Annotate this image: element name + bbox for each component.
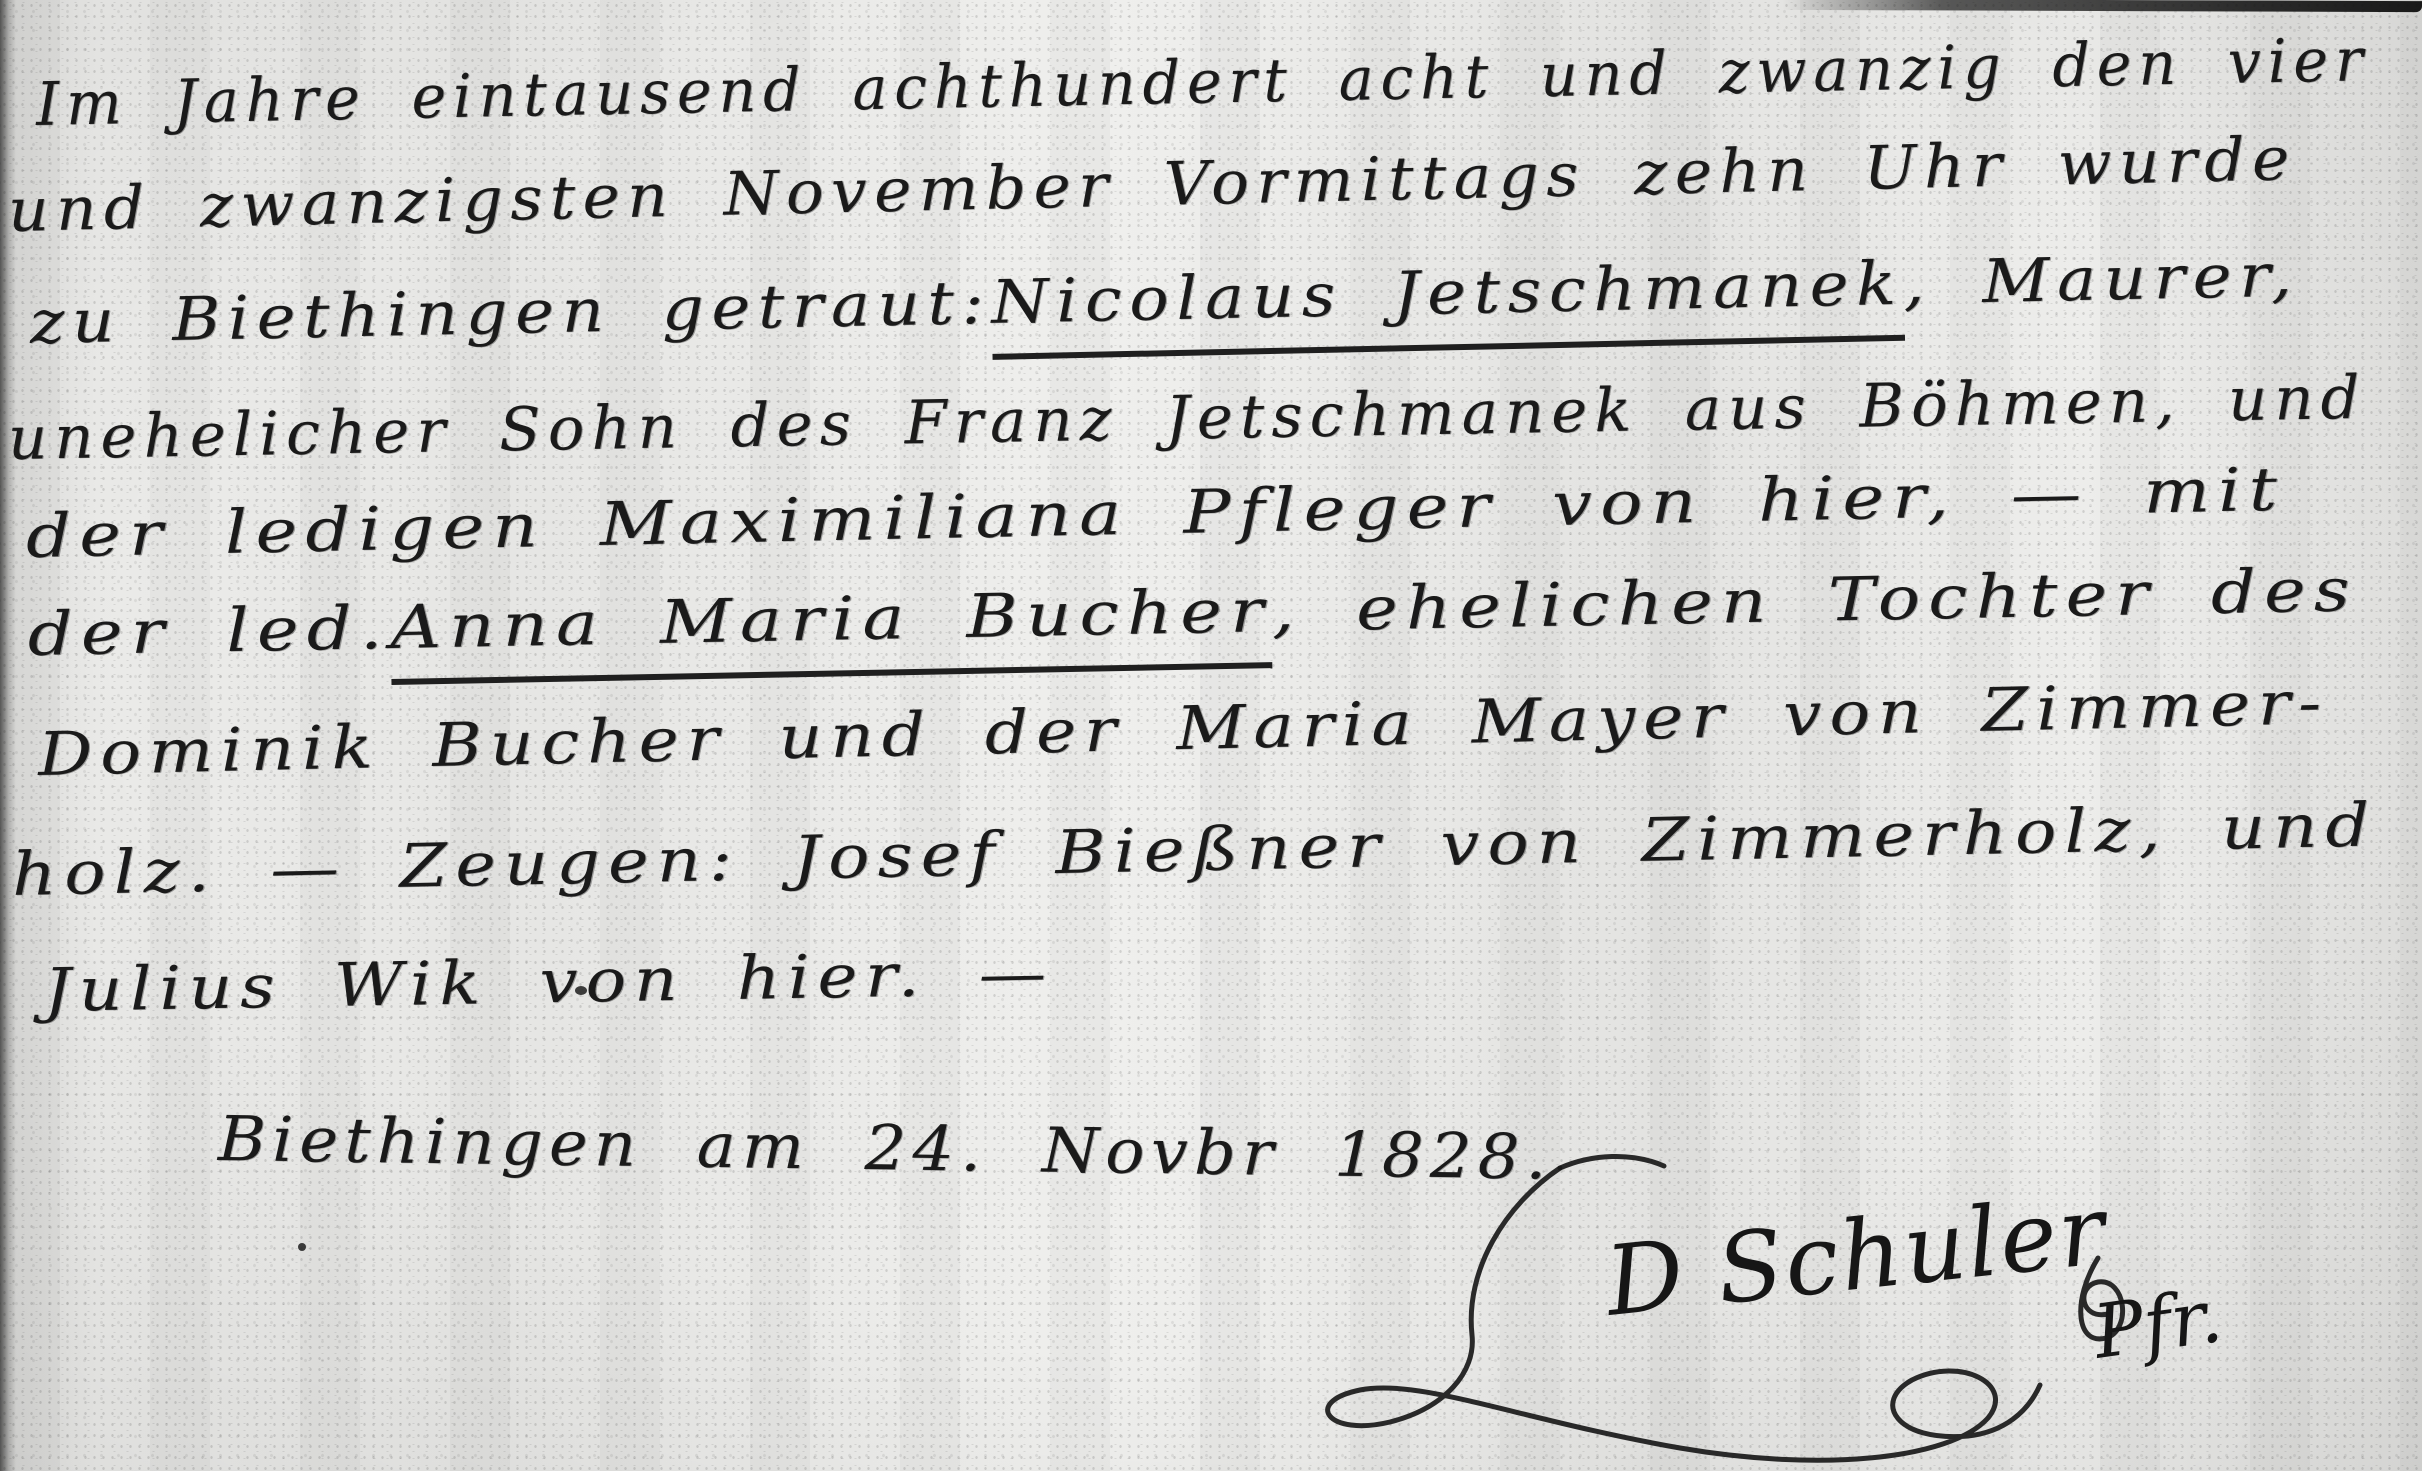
text-segment: Im Jahre eintausend achthundert acht und…	[35, 25, 2370, 140]
text-segment: unehelicher Sohn des Franz Jetschmanek a…	[7, 363, 2367, 474]
text-segment: und zwanzigsten November Vormittags zehn…	[7, 124, 2297, 246]
text-segment: , Maurer,	[1903, 240, 2300, 318]
signature-flourish-cap	[1560, 1156, 1664, 1168]
signature-title: Pfr.	[2087, 1273, 2228, 1376]
handwritten-line: der led. Anna Maria Bucher, ehelichen To…	[27, 555, 2359, 692]
text-segment: Dominik Bucher und der Maria Mayer von Z…	[37, 668, 2329, 790]
handwritten-line: Im Jahre eintausend achthundert acht und…	[35, 25, 2370, 140]
ink-speck	[298, 1243, 306, 1251]
scan-edge-artifact-top	[1782, 0, 2422, 12]
signature-name: D Schuler	[1599, 1174, 2115, 1338]
underlined-name: Anna Maria Bucher	[390, 576, 1273, 685]
signature: D Schuler Pfr.	[1260, 1150, 2420, 1470]
handwritten-line: holz. — Zeugen: Josef Bießner von Zimmer…	[11, 790, 2378, 910]
text-segment: der ledigen Maximiliana Pfleger von hier…	[25, 455, 2286, 572]
text-segment: , ehelichen Tochter des	[1271, 555, 2358, 646]
handwritten-line: der ledigen Maximiliana Pfleger von hier…	[25, 455, 2286, 572]
handwritten-line: Dominik Bucher und der Maria Mayer von Z…	[37, 668, 2329, 790]
underlined-name: Nicolaus Jetschmanek	[990, 249, 1904, 360]
text-segment: Julius Wik von hier. —	[43, 938, 1054, 1026]
text-segment: zu Biethingen getraut:	[29, 268, 992, 358]
handwritten-line: Julius Wik von hier. —	[43, 938, 1054, 1026]
handwritten-line: und zwanzigsten November Vormittags zehn…	[7, 124, 2297, 246]
text-segment: holz. — Zeugen: Josef Bießner von Zimmer…	[11, 790, 2378, 910]
text-segment: der led.	[27, 593, 391, 670]
handwritten-line: zu Biethingen getraut: Nicolaus Jetschma…	[29, 240, 2300, 380]
handwritten-line: unehelicher Sohn des Franz Jetschmanek a…	[7, 363, 2367, 474]
document-scan: Im Jahre eintausend achthundert acht und…	[0, 0, 2422, 1471]
